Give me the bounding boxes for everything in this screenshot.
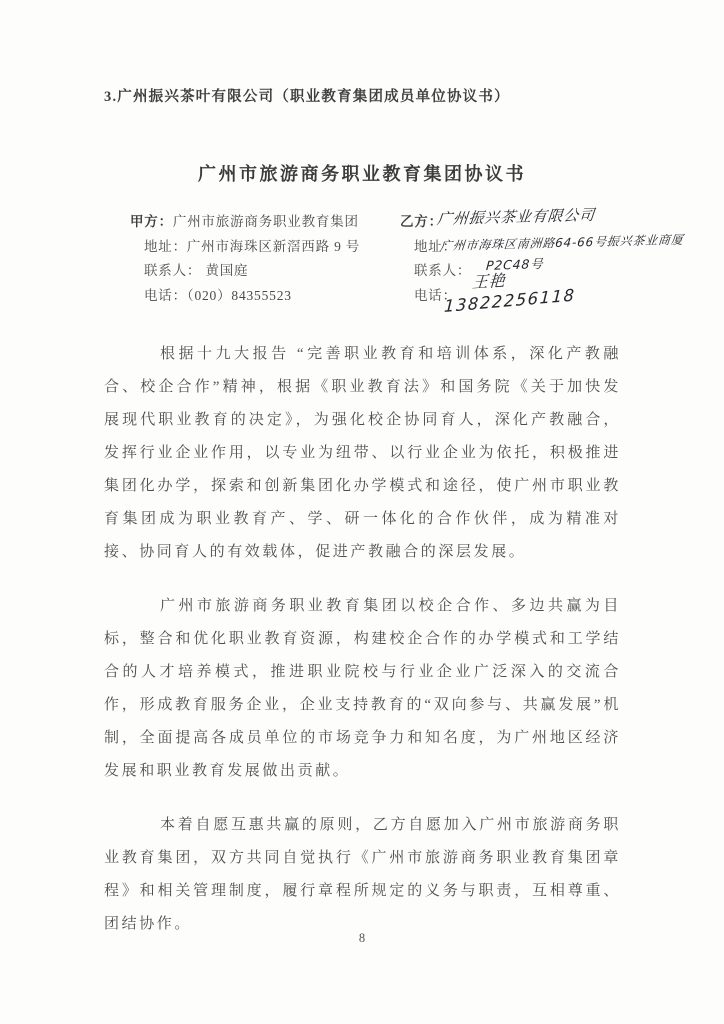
party-b-contact-label: 联系人： [414,263,471,278]
document-title: 广州市旅游商务职业教育集团协议书 [0,160,724,186]
party-a-phone-line: 电话：（020）84355523 [130,284,410,309]
party-a-label: 甲方： [130,214,173,229]
party-a-address-label: 地址： [144,239,187,254]
party-a-name-line: 甲方：广州市旅游商务职业教育集团 [130,210,410,235]
party-a-address-line: 地址：广州市海珠区新滘西路 9 号 [130,235,410,260]
paragraph-1: 根据十九大报告 “完善职业教育和培训体系，深化产教融合、校企合作”精神，根据《职… [104,338,621,569]
body-text: 根据十九大报告 “完善职业教育和培训体系，深化产教融合、校企合作”精神，根据《职… [104,338,621,962]
paragraph-2: 广州市旅游商务职业教育集团以校企合作、多边共赢为目标，整合和优化职业教育资源，构… [104,590,621,788]
party-a-block: 甲方：广州市旅游商务职业教育集团 地址：广州市海珠区新滘西路 9 号 联系人： … [130,210,410,308]
party-b-name-handwritten: 广州振兴茶业有限公司 [436,203,596,232]
party-a-name: 广州市旅游商务职业教育集团 [173,214,359,229]
party-a-contact-label: 联系人： [144,263,201,278]
party-b-block: 乙方： 地址： 联系人： 电话： 广州振兴茶业有限公司 广州市海珠区南洲路64-… [400,210,720,308]
party-a-phone-label: 电话： [144,288,187,303]
scanned-document-page: 3.广州振兴茶叶有限公司（职业教育集团成员单位协议书） 广州市旅游商务职业教育集… [0,0,724,1024]
attachment-heading: 3.广州振兴茶叶有限公司（职业教育集团成员单位协议书） [104,85,510,106]
party-a-phone: （020）84355523 [187,288,292,303]
party-a-address: 广州市海珠区新滘西路 9 号 [187,239,360,254]
party-a-contact-line: 联系人： 黄国庭 [130,259,410,284]
page-number: 8 [0,931,724,946]
paragraph-3: 本着自愿互惠共赢的原则，乙方自愿加入广州市旅游商务职业教育集团，双方共同自觉执行… [104,809,621,941]
party-b-contact-line: 联系人： [400,259,720,284]
party-a-contact: 黄国庭 [205,263,248,278]
